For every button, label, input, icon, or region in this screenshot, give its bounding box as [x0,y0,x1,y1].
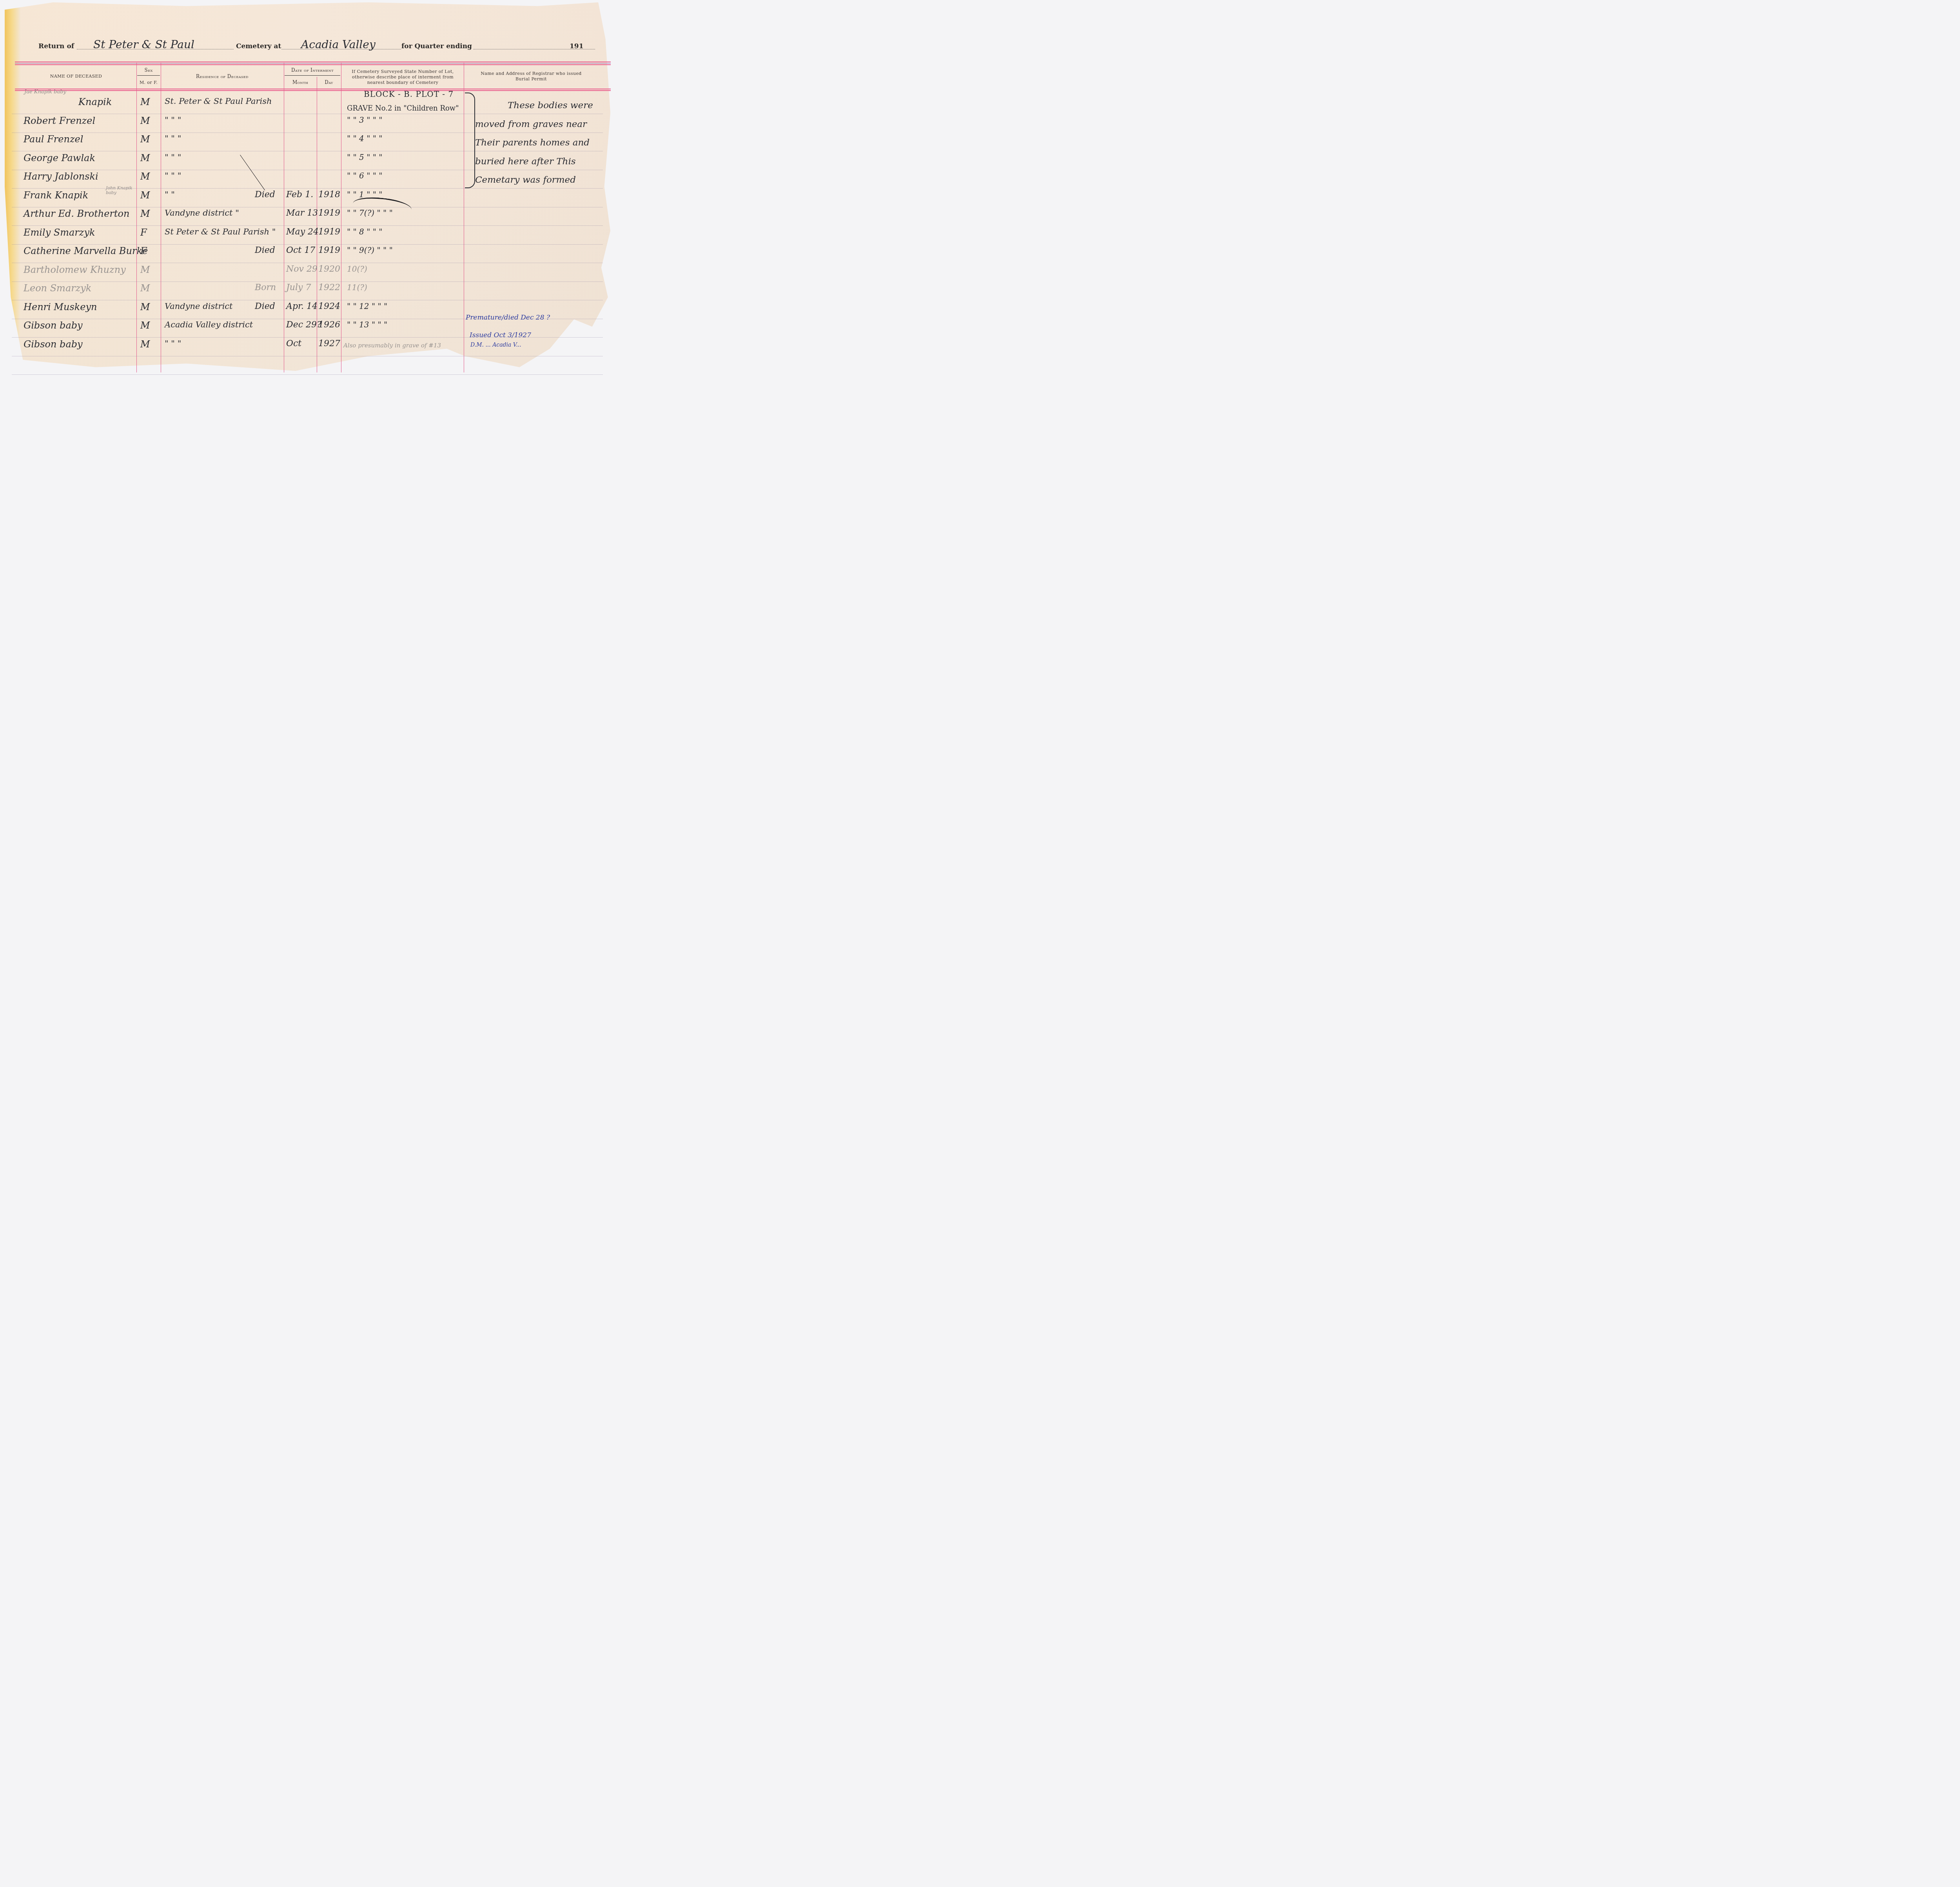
interment-day: 1924 [318,301,340,311]
interment-day: 1919 [318,208,340,218]
pencil-note-john-knapik: John Knapik baby [106,186,137,195]
status-note: Born [255,283,276,292]
ruled-line [12,188,603,189]
sex: M [140,208,150,219]
sex: M [140,115,150,126]
quarter-ending-label: for Quarter ending [401,42,472,50]
gibson-note-registrar: D.M. ... Acadia V... [470,342,521,348]
residence: St Peter & St Paul Parish " [165,227,276,236]
interment-month: Dec 29? [286,320,321,330]
deceased-name: Gibson baby [24,339,83,350]
interment-day: 1918 [318,190,340,200]
row14-lot-note: Also presumably in grave of #13 [343,342,441,349]
deceased-name: Catherine Marvella Burke [24,245,148,256]
remark-line: Cemetary was formed [475,175,576,185]
sex: F [140,227,147,238]
remark-line: These bodies were [508,100,593,111]
sex: M [140,283,150,294]
col-header-name: NAME OF DECEASED [16,74,136,79]
col-header-residence: Residence of Deceased [161,74,284,80]
gibson-note-issued: Issued Oct 3/1927 [470,331,531,339]
col-header-sex-sub: M. or F. [136,80,161,85]
sex: M [140,264,150,275]
interment-day: 1927 [318,339,340,349]
deceased-name: Paul Frenzel [24,134,83,145]
lot-number: " " 4 " " " [347,134,383,143]
ruled-line [12,282,603,282]
interment-month: Oct 17 [286,245,315,255]
residence: Vandyne district [165,301,233,311]
interment-day: 1922 [318,283,340,292]
deceased-name: Robert Frenzel [24,115,95,126]
ruled-line [12,356,603,356]
lot-number: 10(?) [347,264,367,274]
residence: St. Peter & St Paul Parish [165,96,272,106]
remark-line: Their parents homes and [475,138,590,148]
sex: F [140,245,147,256]
sex: M [140,339,150,350]
interment-month: July 7 [286,283,311,292]
lot-number: " " 3 " " " [347,115,383,125]
interment-day: 1920 [318,264,340,274]
residence: Vandyne district " [165,208,239,218]
deceased-name: Gibson baby [24,320,83,331]
ruled-line [12,133,603,133]
interment-day: 1926 [318,320,340,330]
residence: Acadia Valley district [165,320,253,329]
status-note: Died [255,190,275,200]
ruled-line [12,244,603,245]
block-plot-label: BLOCK - B. PLOT - 7 [364,89,454,99]
lot-number: " " 12 " " " [347,301,387,311]
col-header-lot: If Cemetery Surveyed State Number of Lot… [349,69,457,85]
status-note: Died [255,245,275,255]
interment-day: 1919 [318,227,340,237]
remark-line: buried here after This [475,156,576,167]
lot-number: " " 13 " " " [347,320,387,329]
status-note: Died [255,301,275,311]
sex: M [140,134,150,145]
lot-number: " " 9(?) " " " [347,245,393,255]
sex: M [140,153,150,163]
deceased-name: Henri Muskeyn [24,301,97,312]
ruled-line [12,114,603,114]
pencil-note-jae-knapik: Jae Knapik baby [24,89,67,95]
residence: " " " [165,115,181,125]
cemetery-name: St Peter & St Paul [93,38,194,51]
sex: M [140,301,150,312]
cemetery-location: Acadia Valley [301,38,376,51]
residence: " " " [165,134,181,143]
deceased-name: Bartholomew Khuzny [24,264,126,275]
residence: " " [165,190,175,199]
form-title-line: Return of St Peter & St Paul Cemetery at… [38,39,597,53]
deceased-name: George Pawlak [24,153,95,163]
ruled-line [12,374,603,375]
residence: " " " [165,339,181,348]
interment-month: Feb 1. [286,190,313,200]
ruled-line [12,300,603,300]
ruled-line [12,225,603,226]
col-header-day: Day [317,80,341,85]
interment-month: May 24 [286,227,319,237]
interment-day: 1919 [318,245,340,255]
ruled-line [12,170,603,170]
cemetery-at-label: Cemetery at [236,42,281,50]
col-header-month: Month [284,80,317,85]
residence: " " " [165,171,181,180]
col-header-date: Date of Interment [284,67,341,73]
lot-number: 11(?) [347,283,367,292]
deceased-name: Knapik [78,96,112,107]
ruled-line [12,151,603,151]
year-prefix: 191 [570,42,584,50]
deceased-name: Frank Knapik [24,190,88,201]
remark-line: moved from graves near [475,119,587,129]
sex: M [140,190,150,201]
interment-month: Apr. 14 [286,301,318,311]
lot-number: " " 8 " " " [347,227,383,236]
sex: M [140,320,150,331]
interment-month: Mar 13 [286,208,318,218]
residence: " " " [165,153,181,162]
lot-number: GRAVE No.2 in "Children Row" [347,104,459,113]
lot-number: " " 6 " " " [347,171,383,180]
interment-month: Nov 29 [286,264,318,274]
col-header-sex: Sex [136,67,161,73]
deceased-name: Arthur Ed. Brotherton [24,208,130,219]
return-of-label: Return of [38,42,74,50]
lot-number: " " 5 " " " [347,153,383,162]
bracket-rows-1-5 [465,93,475,188]
ruled-line [12,263,603,263]
ruled-line [12,207,603,207]
deceased-name: Leon Smarzyk [24,283,91,294]
sex: M [140,171,150,182]
gibson-note-premature: Premature/died Dec 28 ? [466,314,550,321]
interment-month: Oct [286,339,301,349]
deceased-name: Emily Smarzyk [24,227,95,238]
deceased-name: Harry Jablonski [24,171,98,182]
col-header-registrar: Name and Address of Registrar who issued… [478,71,584,82]
sex: M [140,96,150,107]
